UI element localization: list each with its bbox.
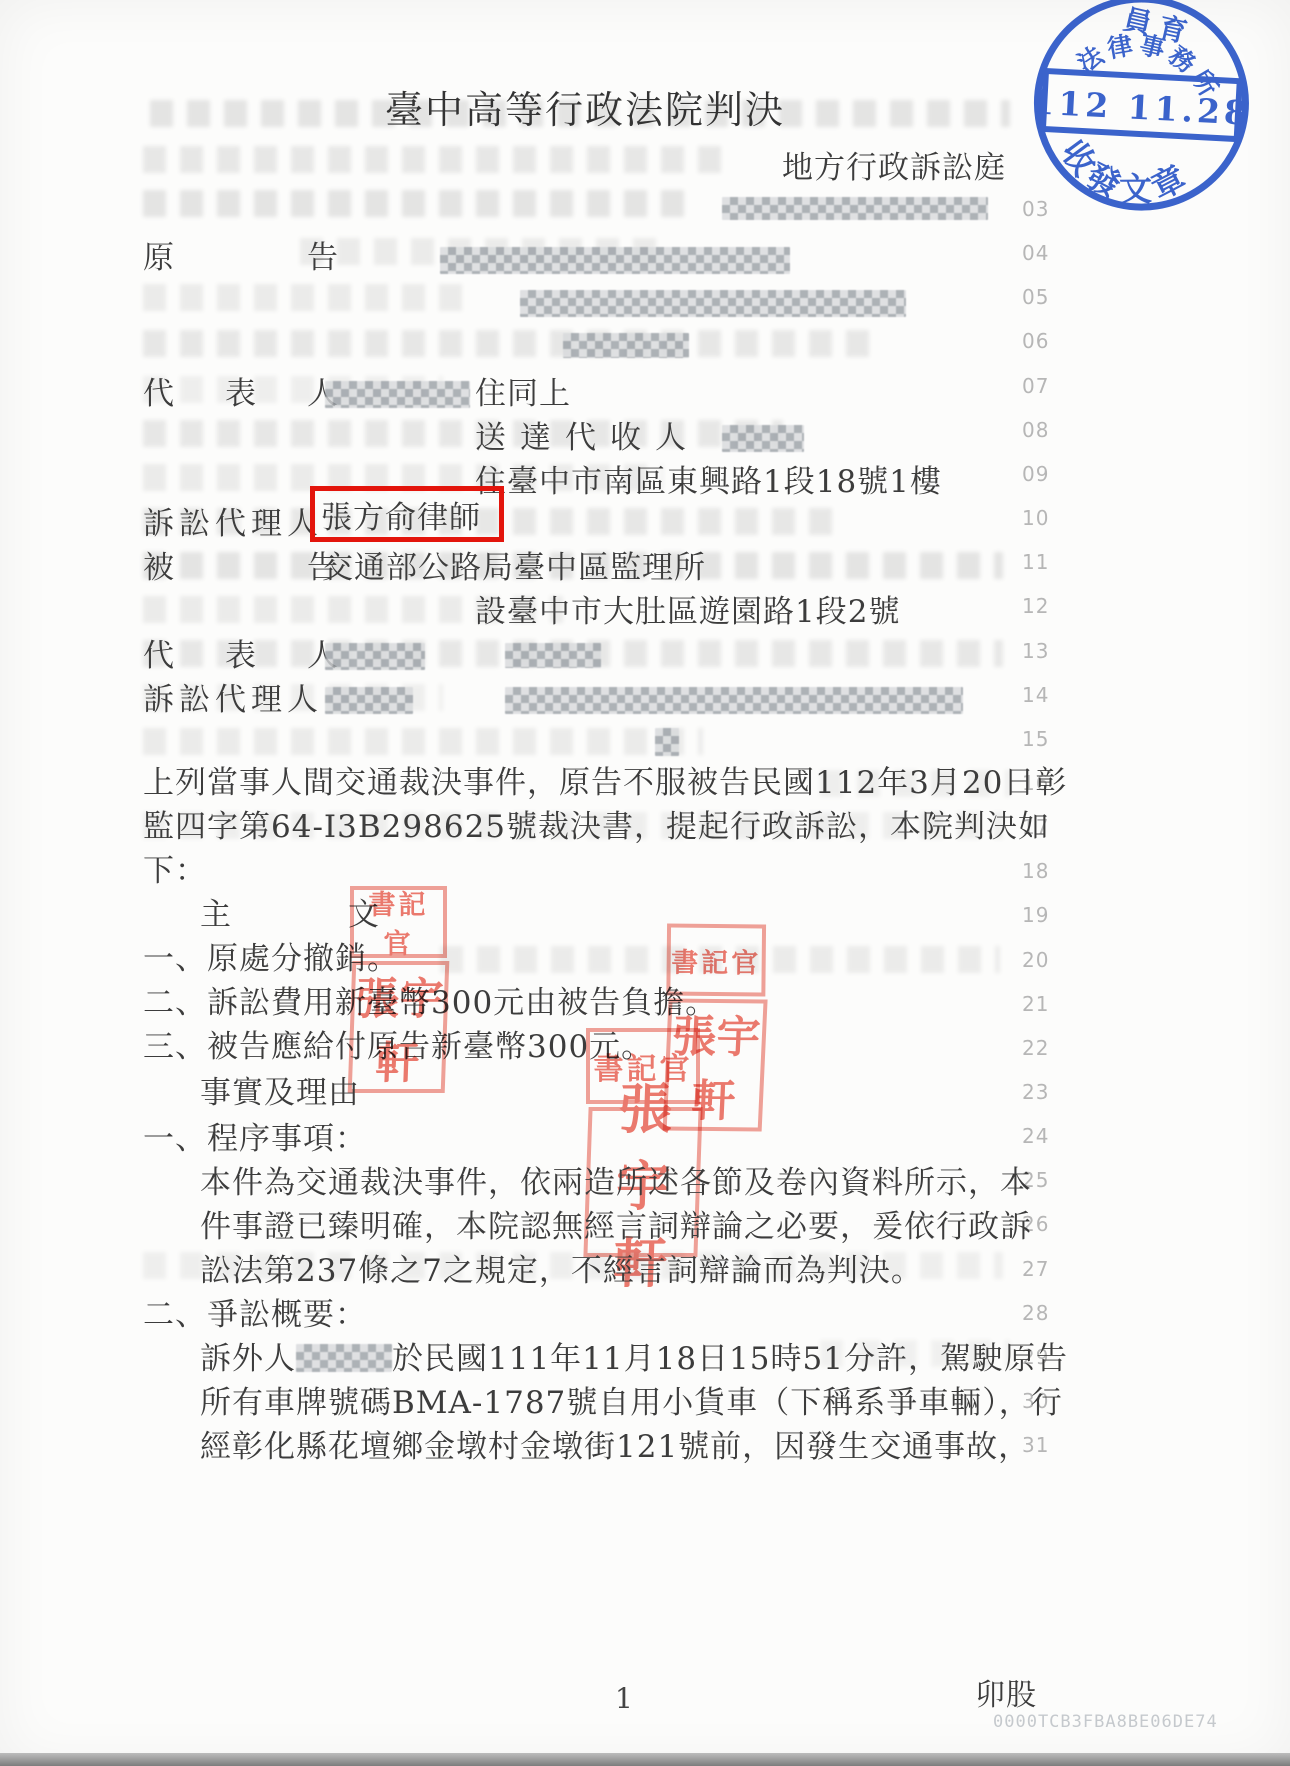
bleedthrough-noise <box>143 330 883 357</box>
defendant-label: 被 告 <box>143 550 348 587</box>
svg-text:收發文章: 收發文章 <box>1045 127 1204 225</box>
page-number: 1 <box>615 1682 634 1716</box>
line-number: 10 <box>1022 506 1066 530</box>
line-number: 28 <box>1022 1301 1066 1325</box>
defendant-name: 交通部公路局臺中區監理所 <box>322 550 706 587</box>
line-number: 08 <box>1022 418 1066 442</box>
defendant-representative-label: 代 表 人 <box>143 638 348 675</box>
intro-line-1: 上列當事人間交通裁決事件，原告不服被告民國112年3月20日彰 <box>143 765 1067 802</box>
line-number: 04 <box>1022 241 1066 265</box>
intro-line-3: 下： <box>143 853 207 890</box>
line-number: 05 <box>1022 285 1066 309</box>
line-number: 23 <box>1022 1080 1066 1104</box>
representative-name-redacted <box>325 381 470 408</box>
section2-line-2: 所有車牌號碼BMA-1787號自用小貨車（下稱系爭車輛），行 <box>200 1385 1063 1422</box>
section1-heading: 一、程序事項： <box>143 1121 367 1158</box>
clerk-stamp-title: 書記官 <box>350 886 447 958</box>
line-number: 06 <box>1022 329 1066 353</box>
service-agent-address: 住臺中市南區東興路1段18號1樓 <box>475 464 942 501</box>
line-number: 19 <box>1022 903 1066 927</box>
clerk-stamp-name: 張宇軒 <box>348 961 450 1093</box>
line-number: 09 <box>1022 462 1066 486</box>
bleedthrough-noise <box>143 190 688 217</box>
court-division: 地方行政訴訟庭 <box>782 150 1006 187</box>
line-number: 24 <box>1022 1124 1066 1148</box>
case-number-redacted <box>722 197 988 220</box>
plaintiff-address-redacted <box>520 290 906 317</box>
facts-heading: 事實及理由 <box>200 1075 360 1112</box>
service-agent-name-redacted <box>722 425 804 452</box>
defendant-attorney-address-redacted-2 <box>655 728 679 756</box>
plaintiff-name-redacted <box>440 247 790 274</box>
line-number: 12 <box>1022 594 1066 618</box>
plaintiff-attorney-name: 張方俞律師 <box>315 492 481 537</box>
receipt-stamp-bottom: 收發文章 <box>1045 127 1204 225</box>
section1-line-3: 訟法第237條之7之規定，不經言詞辯論而為判決。 <box>200 1253 923 1290</box>
section2-line-1-prefix: 訴外人 <box>200 1341 296 1377</box>
representative-label: 代 表 人 <box>143 376 348 413</box>
bleedthrough-noise <box>143 146 733 173</box>
page-title: 臺中高等行政法院判決 <box>385 88 785 134</box>
bleedthrough-noise <box>143 728 703 755</box>
section2-heading: 二、爭訟概要： <box>143 1297 367 1334</box>
line-number: 21 <box>1022 992 1066 1016</box>
plaintiff-label: 原 告 <box>143 240 348 277</box>
line-number: 18 <box>1022 859 1066 883</box>
third-party-name-redacted <box>296 1344 392 1372</box>
clerk-unit: 卯股 <box>975 1678 1037 1714</box>
plaintiff-address-redacted-2 <box>563 333 689 358</box>
residence-note: 住同上 <box>475 376 571 413</box>
attorney-highlight-box: 張方俞律師 <box>310 486 504 542</box>
line-number: 03 <box>1022 197 1066 221</box>
line-number: 13 <box>1022 639 1066 663</box>
clerk-stamp-title: 書記官 <box>666 923 766 996</box>
clerk-stamp-1: 書記官 張宇軒 <box>350 886 447 1093</box>
line-number: 20 <box>1022 948 1066 972</box>
line-number: 22 <box>1022 1036 1066 1060</box>
section2-line-3: 經彰化縣花壇鄉金墩村金墩街121號前，因發生交通事故， <box>200 1429 1030 1466</box>
section1-line-2: 件事證已臻明確，本院認無經言詞辯論之必要，爰依行政訴 <box>200 1209 1032 1246</box>
line-number: 15 <box>1022 727 1066 751</box>
line-number: 14 <box>1022 683 1066 707</box>
defendant-attorney-label: 訴訟代理人 <box>143 682 323 719</box>
defendant-address: 設臺中市大肚區遊園路1段2號 <box>475 594 900 631</box>
scan-edge <box>0 1753 1290 1766</box>
intro-line-2: 監四字第64-I3B298625號裁決書，提起行政訴訟，本院判決如 <box>143 809 1050 846</box>
line-number: 11 <box>1022 550 1066 574</box>
section2-line-1: 訴外人於民國111年11月18日15時51分許，駕駛原告 <box>200 1341 1068 1378</box>
defendant-attorney-name-redacted <box>325 687 413 714</box>
bleedthrough-noise <box>143 284 473 311</box>
defendant-representative-residence-redacted <box>505 643 601 668</box>
attorney-label: 訴訟代理人 <box>143 506 323 543</box>
defendant-attorney-address-redacted <box>505 687 963 714</box>
scanned-judgment-page: 臺中高等行政法院判決 地方行政訴訟庭 員育 法律事務所 112 11.28 收發… <box>0 0 1290 1766</box>
line-number: 07 <box>1022 374 1066 398</box>
section2-line-1-suffix: 於民國111年11月18日15時51分許，駕駛原告 <box>392 1341 1068 1377</box>
barcode-text: 0000TCB3FBA8BE06DE74 <box>993 1712 1218 1732</box>
service-agent-label: 送達代收人 <box>475 420 700 457</box>
line-number: 27 <box>1022 1257 1066 1281</box>
section1-line-1: 本件為交通裁決事件，依兩造所述各節及卷內資料所示，本 <box>200 1165 1032 1202</box>
defendant-representative-name-redacted <box>325 643 425 670</box>
